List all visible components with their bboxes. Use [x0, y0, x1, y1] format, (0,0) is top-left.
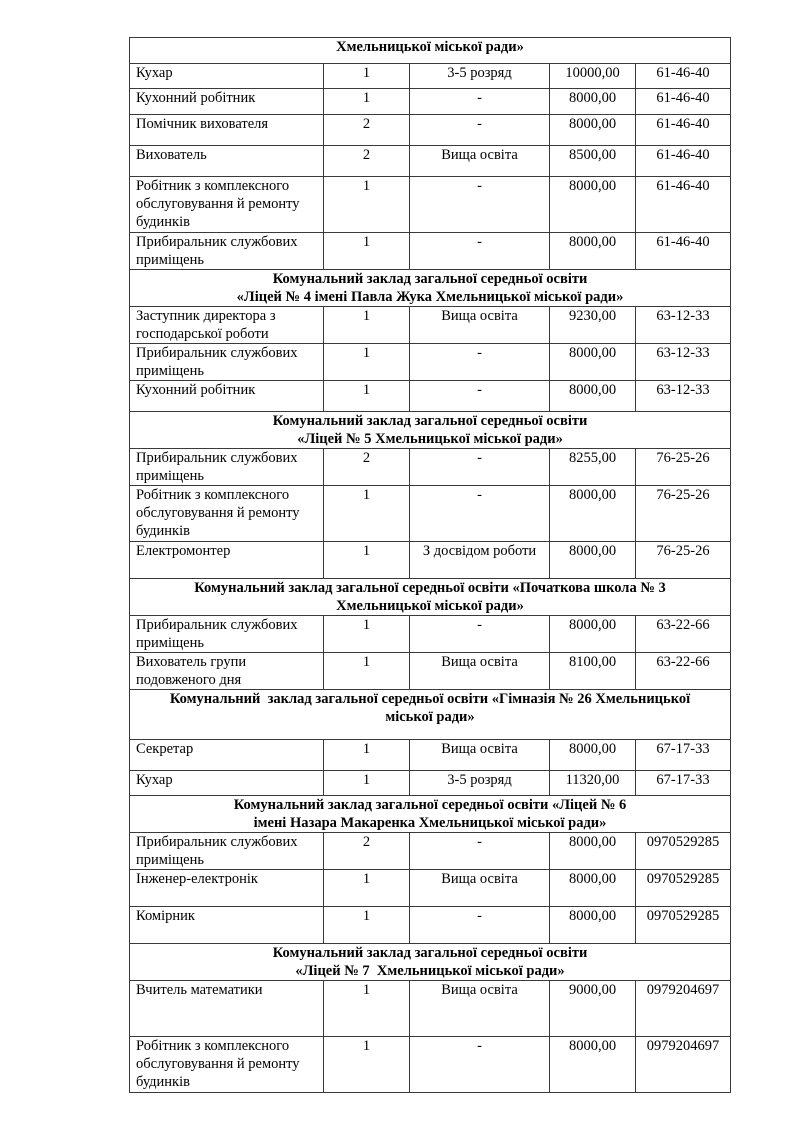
count-cell: 1: [324, 344, 410, 381]
count-cell: 2: [324, 115, 410, 146]
requirements-cell: Вища освіта: [410, 740, 550, 771]
institution-title: Комунальний заклад загальної середньої о…: [130, 690, 731, 740]
requirements-cell: -: [410, 177, 550, 233]
institution-title-line: Комунальний заклад загальної середньої о…: [136, 579, 724, 597]
count-cell: 2: [324, 146, 410, 177]
phone-cell: 61-46-40: [636, 115, 731, 146]
table-row: Помічник вихователя2-8000,0061-46-40: [130, 115, 731, 146]
position-cell: Вихователь групи подовженого дня: [130, 653, 324, 690]
requirements-cell: -: [410, 381, 550, 412]
section-header-row: Комунальний заклад загальної середньої о…: [130, 579, 731, 616]
requirements-cell: 3-5 розряд: [410, 64, 550, 89]
salary-cell: 9000,00: [550, 981, 636, 1037]
requirements-cell: Вища освіта: [410, 146, 550, 177]
salary-cell: 8000,00: [550, 177, 636, 233]
position-cell: Кухар: [130, 64, 324, 89]
phone-cell: 76-25-26: [636, 486, 731, 542]
count-cell: 1: [324, 616, 410, 653]
section-header-row: Комунальний заклад загальної середньої о…: [130, 412, 731, 449]
phone-cell: 61-46-40: [636, 233, 731, 270]
requirements-cell: 3-5 розряд: [410, 771, 550, 796]
requirements-cell: Вища освіта: [410, 870, 550, 907]
salary-cell: 8500,00: [550, 146, 636, 177]
institution-title-line: Комунальний заклад загальної середньої о…: [136, 690, 724, 708]
section-header-row: Комунальний заклад загальної середньої о…: [130, 796, 731, 833]
phone-cell: 61-46-40: [636, 89, 731, 115]
institution-title-line: Комунальний заклад загальної середньої о…: [136, 944, 724, 962]
requirements-cell: -: [410, 115, 550, 146]
salary-cell: 8000,00: [550, 89, 636, 115]
requirements-cell: -: [410, 233, 550, 270]
count-cell: 1: [324, 1037, 410, 1093]
salary-cell: 8000,00: [550, 1037, 636, 1093]
table-row: Інженер-електронік1Вища освіта8000,00097…: [130, 870, 731, 907]
position-cell: Кухонний робітник: [130, 89, 324, 115]
section-header-row: Комунальний заклад загальної середньої о…: [130, 944, 731, 981]
count-cell: 1: [324, 771, 410, 796]
section-header-row: Комунальний заклад загальної середньої о…: [130, 270, 731, 307]
salary-cell: 8000,00: [550, 542, 636, 579]
institution-title: Хмельницької міської ради»: [130, 38, 731, 64]
position-cell: Кухар: [130, 771, 324, 796]
phone-cell: 67-17-33: [636, 740, 731, 771]
table-row: Вихователь групи подовженого дня1Вища ос…: [130, 653, 731, 690]
requirements-cell: -: [410, 1037, 550, 1093]
table-row: Кухонний робітник1-8000,0061-46-40: [130, 89, 731, 115]
count-cell: 1: [324, 907, 410, 944]
position-cell: Робітник з комплексного обслуговування й…: [130, 1037, 324, 1093]
phone-cell: 63-22-66: [636, 616, 731, 653]
position-cell: Прибиральник службових приміщень: [130, 616, 324, 653]
count-cell: 1: [324, 486, 410, 542]
table-row: Прибиральник службових приміщень1-8000,0…: [130, 616, 731, 653]
institution-title: Комунальний заклад загальної середньої о…: [130, 944, 731, 981]
count-cell: 1: [324, 89, 410, 115]
table-row: Прибиральник службових приміщень2-8000,0…: [130, 833, 731, 870]
phone-cell: 63-12-33: [636, 344, 731, 381]
count-cell: 2: [324, 833, 410, 870]
count-cell: 1: [324, 981, 410, 1037]
table-row: Кухонний робітник1-8000,0063-12-33: [130, 381, 731, 412]
institution-title: Комунальний заклад загальної середньої о…: [130, 579, 731, 616]
institution-title-line: міської ради»: [136, 708, 724, 726]
institution-title-line: Комунальний заклад загальної середньої о…: [136, 270, 724, 288]
table-row: Робітник з комплексного обслуговування й…: [130, 1037, 731, 1093]
count-cell: 1: [324, 177, 410, 233]
table-row: Кухар13-5 розряд11320,0067-17-33: [130, 771, 731, 796]
phone-cell: 0979204697: [636, 981, 731, 1037]
phone-cell: 61-46-40: [636, 177, 731, 233]
phone-cell: 63-22-66: [636, 653, 731, 690]
requirements-cell: Вища освіта: [410, 981, 550, 1037]
table-row: Робітник з комплексного обслуговування й…: [130, 486, 731, 542]
count-cell: 1: [324, 233, 410, 270]
requirements-cell: -: [410, 907, 550, 944]
requirements-cell: -: [410, 616, 550, 653]
salary-cell: 8000,00: [550, 233, 636, 270]
requirements-cell: -: [410, 449, 550, 486]
requirements-cell: -: [410, 486, 550, 542]
section-header-row: Комунальний заклад загальної середньої о…: [130, 690, 731, 740]
salary-cell: 8000,00: [550, 833, 636, 870]
table-row: Комірник1-8000,000970529285: [130, 907, 731, 944]
institution-title-line: «Ліцей № 4 імені Павла Жука Хмельницької…: [136, 288, 724, 306]
requirements-cell: -: [410, 89, 550, 115]
table-row: Прибиральник службових приміщень2-8255,0…: [130, 449, 731, 486]
requirements-cell: Вища освіта: [410, 653, 550, 690]
count-cell: 1: [324, 64, 410, 89]
requirements-cell: -: [410, 833, 550, 870]
salary-cell: 8000,00: [550, 381, 636, 412]
phone-cell: 61-46-40: [636, 146, 731, 177]
position-cell: Заступник директора з господарської робо…: [130, 307, 324, 344]
institution-title-line: Хмельницької міської ради»: [136, 38, 724, 56]
salary-cell: 8000,00: [550, 907, 636, 944]
institution-title-line: Хмельницької міської ради»: [136, 597, 724, 615]
phone-cell: 0970529285: [636, 907, 731, 944]
phone-cell: 61-46-40: [636, 64, 731, 89]
salary-cell: 8000,00: [550, 344, 636, 381]
salary-cell: 8000,00: [550, 115, 636, 146]
table-row: Кухар13-5 розряд10000,0061-46-40: [130, 64, 731, 89]
table-row: Вчитель математики1Вища освіта9000,00097…: [130, 981, 731, 1037]
position-cell: Комірник: [130, 907, 324, 944]
institution-title: Комунальний заклад загальної середньої о…: [130, 412, 731, 449]
vacancy-table: Хмельницької міської ради»Кухар13-5 розр…: [129, 37, 731, 1093]
salary-cell: 8000,00: [550, 616, 636, 653]
phone-cell: 63-12-33: [636, 307, 731, 344]
phone-cell: 0970529285: [636, 870, 731, 907]
count-cell: 1: [324, 307, 410, 344]
count-cell: 1: [324, 870, 410, 907]
position-cell: Кухонний робітник: [130, 381, 324, 412]
salary-cell: 8000,00: [550, 870, 636, 907]
position-cell: Робітник з комплексного обслуговування й…: [130, 486, 324, 542]
table-row: Вихователь2Вища освіта8500,0061-46-40: [130, 146, 731, 177]
salary-cell: 10000,00: [550, 64, 636, 89]
institution-title-line: імені Назара Макаренка Хмельницької місь…: [136, 814, 724, 832]
position-cell: Прибиральник службових приміщень: [130, 833, 324, 870]
phone-cell: 0979204697: [636, 1037, 731, 1093]
institution-title-line: «Ліцей № 7 Хмельницької міської ради»: [136, 962, 724, 980]
requirements-cell: З досвідом роботи: [410, 542, 550, 579]
institution-title-line: Комунальний заклад загальної середньої о…: [136, 796, 724, 814]
position-cell: Секретар: [130, 740, 324, 771]
salary-cell: 8255,00: [550, 449, 636, 486]
institution-title-line: «Ліцей № 5 Хмельницької міської ради»: [136, 430, 724, 448]
section-header-row: Хмельницької міської ради»: [130, 38, 731, 64]
institution-title: Комунальний заклад загальної середньої о…: [130, 270, 731, 307]
count-cell: 1: [324, 381, 410, 412]
position-cell: Помічник вихователя: [130, 115, 324, 146]
table-row: Електромонтер1З досвідом роботи8000,0076…: [130, 542, 731, 579]
position-cell: Прибиральник службових приміщень: [130, 233, 324, 270]
table-row: Секретар1Вища освіта8000,0067-17-33: [130, 740, 731, 771]
salary-cell: 8000,00: [550, 740, 636, 771]
count-cell: 2: [324, 449, 410, 486]
salary-cell: 8100,00: [550, 653, 636, 690]
phone-cell: 67-17-33: [636, 771, 731, 796]
table-row: Заступник директора з господарської робо…: [130, 307, 731, 344]
salary-cell: 11320,00: [550, 771, 636, 796]
requirements-cell: -: [410, 344, 550, 381]
phone-cell: 63-12-33: [636, 381, 731, 412]
salary-cell: 8000,00: [550, 486, 636, 542]
institution-title-line: Комунальний заклад загальної середньої о…: [136, 412, 724, 430]
salary-cell: 9230,00: [550, 307, 636, 344]
institution-title: Комунальний заклад загальної середньої о…: [130, 796, 731, 833]
phone-cell: 76-25-26: [636, 542, 731, 579]
requirements-cell: Вища освіта: [410, 307, 550, 344]
table-row: Прибиральник службових приміщень1-8000,0…: [130, 344, 731, 381]
position-cell: Прибиральник службових приміщень: [130, 344, 324, 381]
count-cell: 1: [324, 542, 410, 579]
position-cell: Електромонтер: [130, 542, 324, 579]
position-cell: Прибиральник службових приміщень: [130, 449, 324, 486]
table-row: Робітник з комплексного обслуговування й…: [130, 177, 731, 233]
position-cell: Вчитель математики: [130, 981, 324, 1037]
position-cell: Вихователь: [130, 146, 324, 177]
count-cell: 1: [324, 653, 410, 690]
position-cell: Робітник з комплексного обслуговування й…: [130, 177, 324, 233]
count-cell: 1: [324, 740, 410, 771]
position-cell: Інженер-електронік: [130, 870, 324, 907]
phone-cell: 0970529285: [636, 833, 731, 870]
phone-cell: 76-25-26: [636, 449, 731, 486]
table-row: Прибиральник службових приміщень1-8000,0…: [130, 233, 731, 270]
